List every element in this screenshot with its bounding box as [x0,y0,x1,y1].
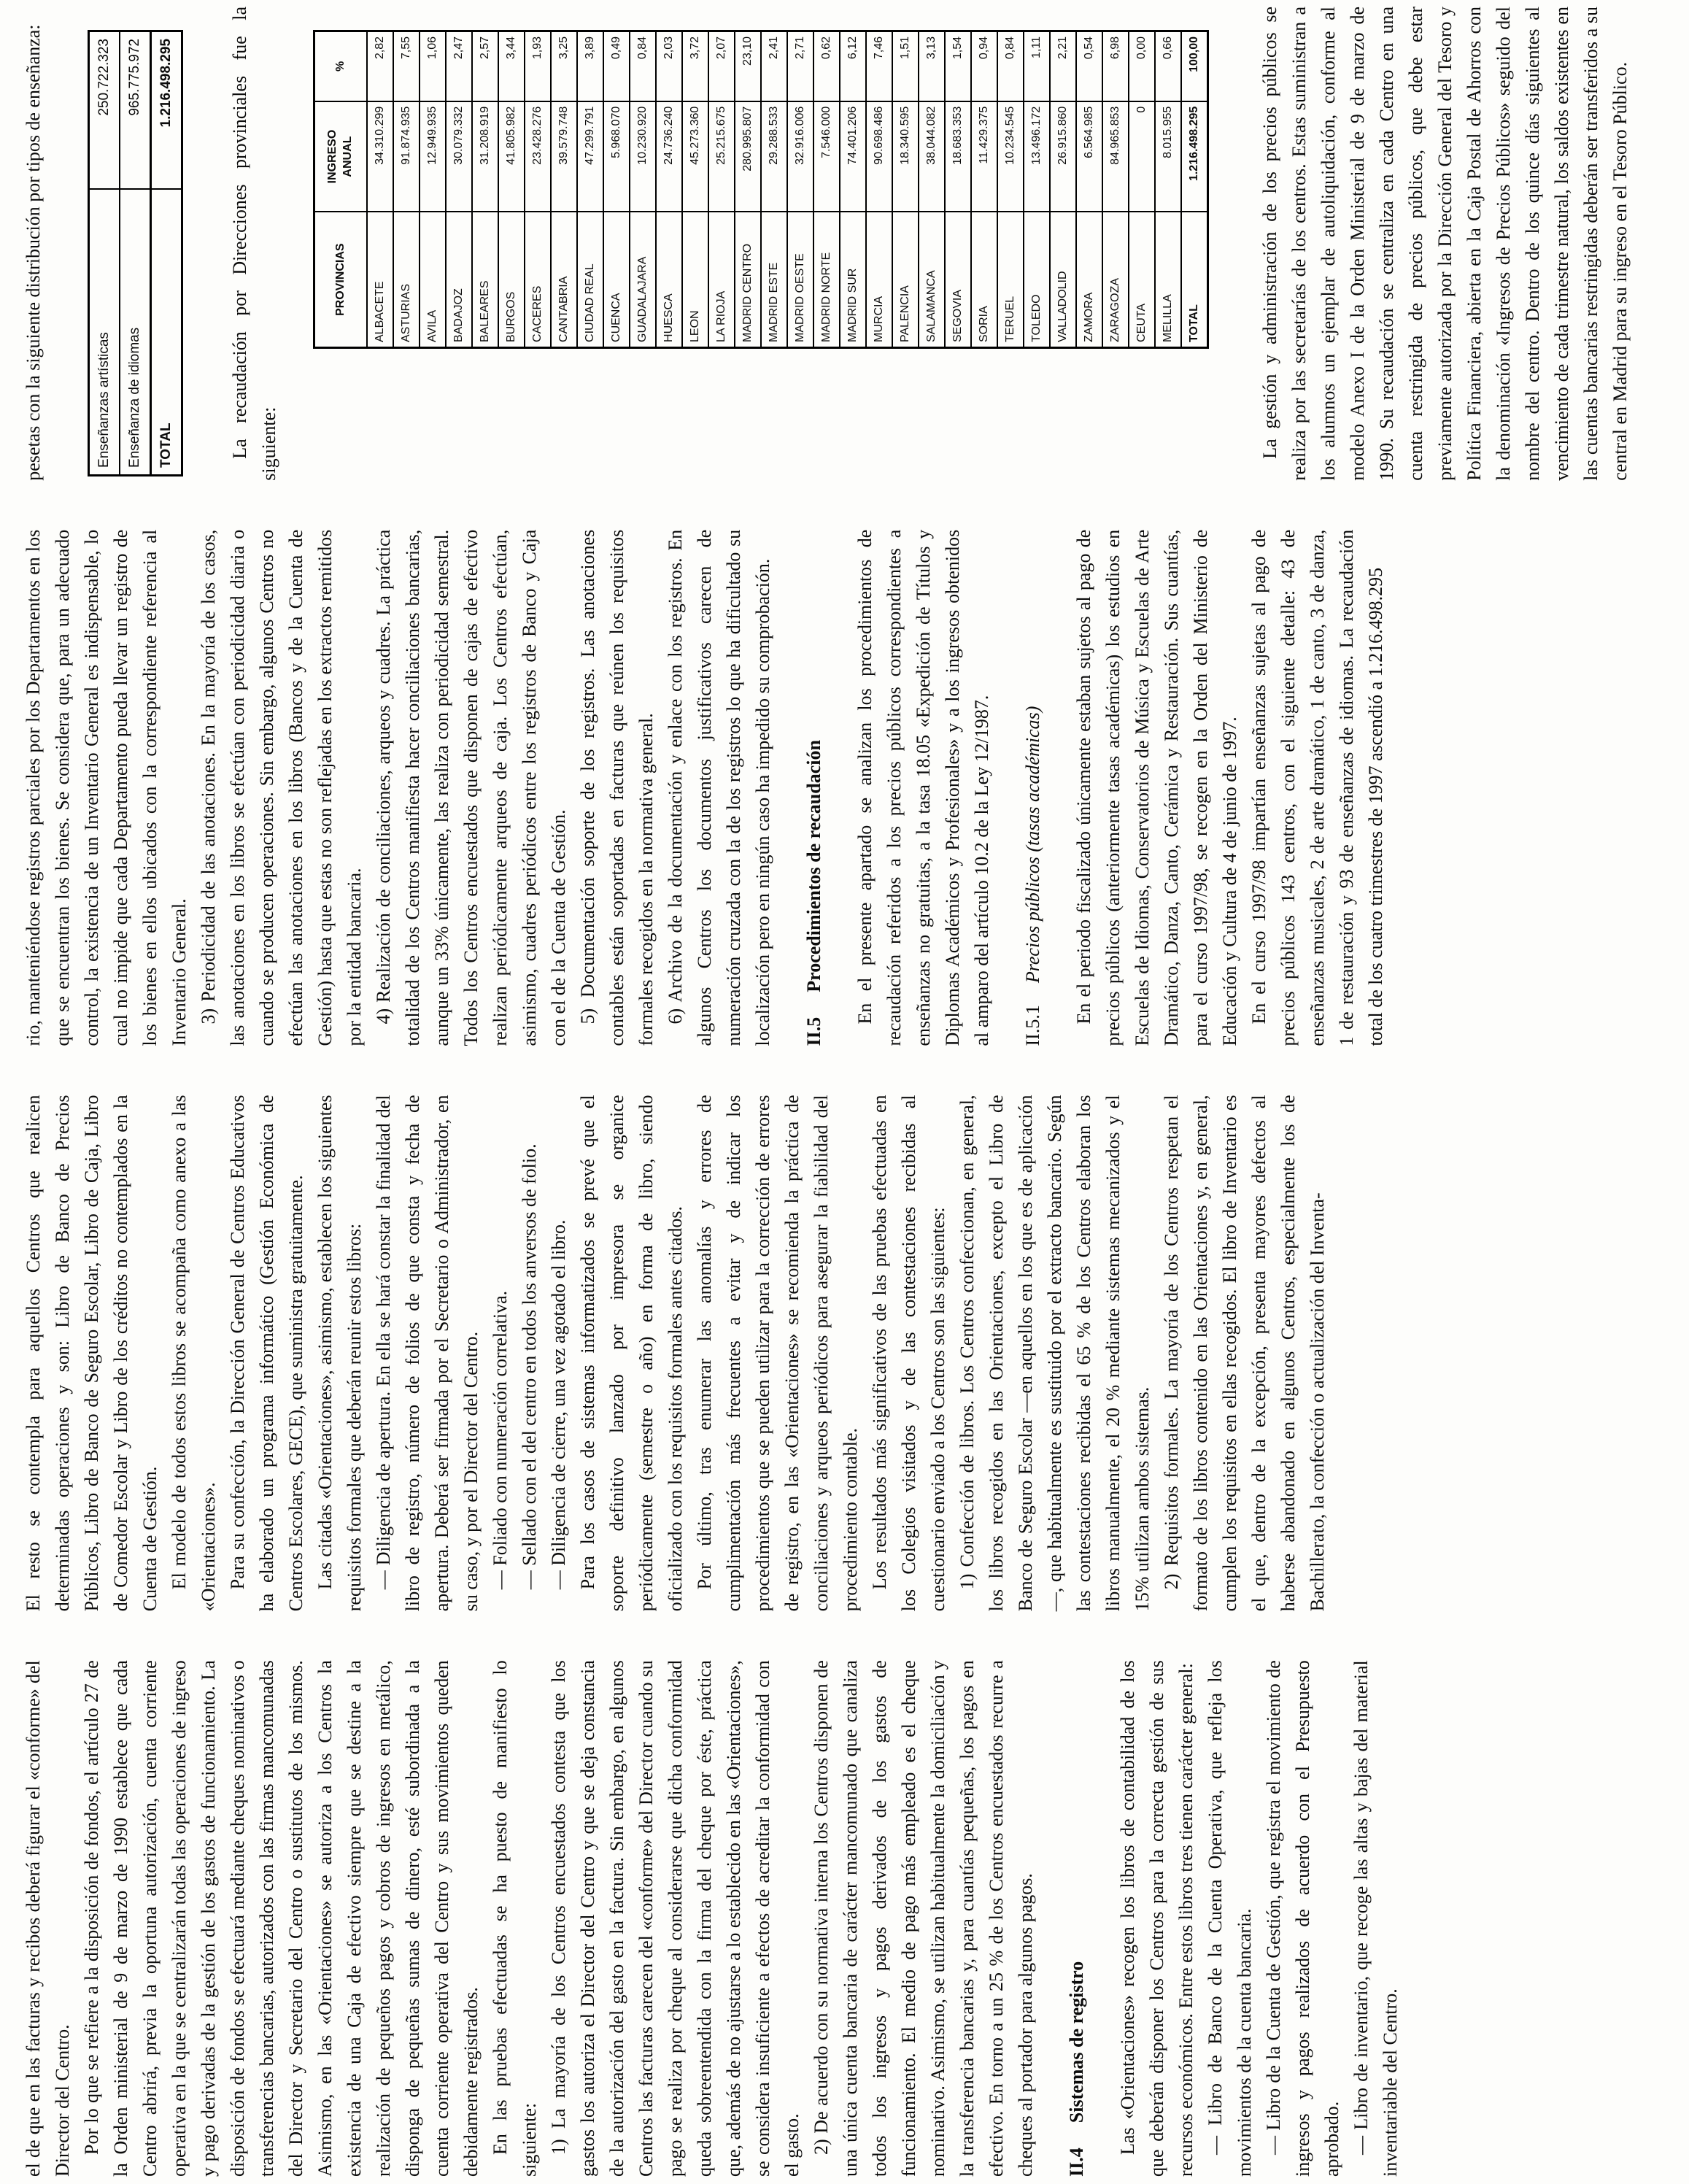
table-row: SEGOVIA 18.683.353 1,54 [945,31,971,347]
table-row: BURGOS 41.805.982 3,44 [498,31,525,347]
table-cell-pct: 3,72 [682,31,708,101]
text-columns: el de que en las facturas y recibos debe… [0,0,1635,2184]
table-cell-pct: 0,66 [1155,31,1181,101]
table-cell-ingreso: 34.310.299 [367,101,393,212]
table-cell-pct: 2,82 [367,31,393,101]
table-cell-province: LEON [682,212,708,347]
table-cell-label: Enseñanzas artísticas [89,189,120,476]
paragraph: Las «Orientaciones» recogen los libros d… [1113,1660,1201,2177]
paragraph: rio, manteniéndose registros parciales p… [19,530,194,1046]
table-cell-province: MURCIA [866,212,892,347]
table-row: CIUDAD REAL 47.299.791 3,89 [577,31,603,347]
table-cell-pct: 3,25 [551,31,577,101]
table-cell-ingreso: 32.916.006 [787,101,813,212]
table-cell-ingreso: 11.429.375 [971,101,997,212]
table-row: CACERES 23.428.276 1,93 [525,31,551,347]
table-cell-province: MADRID CENTRO [735,212,761,347]
table-cell-pct: 3,89 [577,31,603,101]
numbered-paragraph-5: 5) Documentación soporte de los registro… [573,530,661,1046]
table-cell-province: BURGOS [498,212,525,347]
section-title: Sistemas de registro [1066,1961,1087,2123]
table-row: ALBACETE 34.310.299 2,82 [367,31,393,347]
paragraph: La gestión y administración de los preci… [1256,7,1635,481]
dash-list-item: — Foliado con numeración correlativa. [486,1095,515,1612]
paragraph: Los resultados más significativos de las… [865,1095,953,1612]
numbered-paragraph-3: 3) Periodicidad de las anotaciones. En l… [194,530,369,1046]
table-row: MADRID SUR 74.401.206 6,12 [840,31,866,347]
page: el de que en las facturas y recibos debe… [0,0,1689,2184]
table-cell-province: HUESCA [656,212,682,347]
table-row: BADAJOZ 30.079.332 2,47 [446,31,472,347]
table-cell-total-pct: 100,00 [1181,31,1208,101]
table-cell-province: CACERES [525,212,551,347]
table-cell-pct: 3,44 [498,31,525,101]
table-cell-ingreso: 18.340.595 [892,101,919,212]
paragraph: En las pruebas efectuadas se ha puesto d… [486,1660,544,2177]
table-cell-province: SALAMANCA [919,212,945,347]
paragraph: En el presente apartado se analizan los … [851,530,997,1046]
table-cell-province: VALLADOLID [1050,212,1076,347]
dash-list-item: — Libro de la Cuenta de Gestión, que reg… [1259,1660,1347,2177]
table-cell-pct: 2,47 [446,31,472,101]
provincias-table-header: PROVINCIAS INGRESO ANUAL % [314,31,368,347]
table-cell-province: AVILA [420,212,446,347]
table-row: VALLADOLID 26.915.860 2,21 [1050,31,1076,347]
provincias-table-body: ALBACETE 34.310.299 2,82 ASTURIAS 91.874… [367,31,1181,347]
section-heading-ii5: II.5Procedimientos de recaudación [800,530,829,1046]
table-cell-ingreso: 90.698.486 [866,101,892,212]
table-cell-value: 250.722.323 [89,31,120,189]
table-cell-ingreso: 24.736.240 [656,101,682,212]
table-cell-province: MADRID ESTE [761,212,787,347]
table-row: MADRID ESTE 29.288.533 2,41 [761,31,787,347]
table-cell-ingreso: 41.805.982 [498,101,525,212]
paragraph: Las citadas «Orientaciones», asimismo, e… [311,1095,369,1612]
table-cell-label: Enseñanza de idiomas [120,189,151,476]
table-row: AVILA 12.949.935 1,06 [420,31,446,347]
section-number: II.5 [803,1017,824,1046]
table-cell-province: TERUEL [997,212,1024,347]
table-cell-pct: 2,57 [472,31,498,101]
table-cell-pct: 23,10 [735,31,761,101]
column-header-ingreso-anual: INGRESO ANUAL [314,101,368,212]
table-cell-province: BADAJOZ [446,212,472,347]
table-cell-ingreso: 7.546.000 [813,101,840,212]
table-cell-province: CUENCA [603,212,630,347]
table-cell-total-ingreso: 1.216.498.295 [1181,101,1208,212]
text-column-4: pesetas con la siguiente distribución po… [19,7,1635,481]
table-cell-pct: 7,55 [393,31,420,101]
text-column-1: el de que en las facturas y recibos debe… [19,1660,1635,2177]
table-row: CUENCA 5.968.070 0,49 [603,31,630,347]
table-cell-total-value: 1.216.498.295 [151,31,182,189]
table-total-row: TOTAL 1.216.498.295 100,00 [1181,31,1208,347]
table-cell-province: BALEARES [472,212,498,347]
section-number: II.4 [1066,2148,1087,2177]
numbered-paragraph-1: 1) La mayoría de los Centros encuestados… [544,1660,807,2177]
table-row: HUESCA 24.736.240 2,03 [656,31,682,347]
text-column-2: El resto se contempla para aquellos Cent… [19,1095,1635,1612]
table-cell-province: ZAMORA [1076,212,1102,347]
table-cell-ingreso: 6.564.985 [1076,101,1102,212]
table-header-row: PROVINCIAS INGRESO ANUAL % [314,31,368,347]
table-row: TOLEDO 13.496.172 1,11 [1024,31,1050,347]
table-cell-pct: 0,00 [1129,31,1155,101]
table-cell-province: MADRID NORTE [813,212,840,347]
table-cell-province: ZARAGOZA [1102,212,1129,347]
table-cell-ingreso: 13.496.172 [1024,101,1050,212]
table-cell-pct: 0,84 [997,31,1024,101]
table-cell-ingreso: 280.995.807 [735,101,761,212]
table-cell-province: GUADALAJARA [630,212,656,347]
dash-list-item: — Diligencia de cierre, una vez agotado … [544,1095,573,1612]
dash-list-item: — Libro de Banco de la Cuenta Operativa,… [1201,1660,1259,2177]
table-cell-ingreso: 12.949.935 [420,101,446,212]
table-cell-ingreso: 25.215.675 [708,101,735,212]
table-cell-ingreso: 30.079.332 [446,101,472,212]
table-row: BALEARES 31.208.919 2,57 [472,31,498,347]
table-cell-pct: 0,84 [630,31,656,101]
table-cell-pct: 7,46 [866,31,892,101]
table-total-row: TOTAL 1.216.498.295 [151,31,182,475]
table-cell-pct: 2,41 [761,31,787,101]
table-cell-ingreso: 38.044.082 [919,101,945,212]
subsection-number: II.5.1 [1022,1005,1043,1046]
table-cell-pct: 2,71 [787,31,813,101]
numbered-paragraph-6: 6) Archivo de la documentación y enlace … [661,530,778,1046]
table-cell-ingreso: 26.915.860 [1050,101,1076,212]
table-cell-ingreso: 0 [1129,101,1155,212]
paragraph: pesetas con la siguiente distribución po… [19,7,48,481]
table-row: PALENCIA 18.340.595 1,51 [892,31,919,347]
table-cell-ingreso: 18.683.353 [945,101,971,212]
ensenanzas-table: Enseñanzas artísticas 250.722.323 Enseña… [88,30,183,476]
subsection-title: Precios públicos (tasas académicas) [1022,706,1043,984]
column-header-provincias: PROVINCIAS [314,212,368,347]
table-row: LA RIOJA 25.215.675 2,07 [708,31,735,347]
table-row: SORIA 11.429.375 0,94 [971,31,997,347]
table-cell-ingreso: 84.965.853 [1102,101,1129,212]
text-column-3: rio, manteniéndose registros parciales p… [19,530,1635,1046]
table-cell-ingreso: 23.428.276 [525,101,551,212]
section-heading-ii4: II.4Sistemas de registro [1062,1660,1091,2177]
table-cell-ingreso: 47.299.791 [577,101,603,212]
paragraph: Por último, tras enumerar las anomalías … [690,1095,865,1612]
table-row: MURCIA 90.698.486 7,46 [866,31,892,347]
table-cell-pct: 3,13 [919,31,945,101]
table-cell-ingreso: 10.234.545 [997,101,1024,212]
paragraph: Por lo que se refiere a la disposición d… [77,1660,486,2177]
table-row: ZARAGOZA 84.965.853 6,98 [1102,31,1129,347]
table-cell-total-label: TOTAL [151,189,182,476]
table-cell-pct: 1,51 [892,31,919,101]
table-cell-ingreso: 5.968.070 [603,101,630,212]
table-cell-pct: 2,03 [656,31,682,101]
table-cell-province: CANTABRIA [551,212,577,347]
paragraph: El modelo de todos estos libros se acomp… [165,1095,223,1612]
table-cell-province: PALENCIA [892,212,919,347]
paragraph: En el periodo fiscalizado únicamente est… [1070,530,1245,1046]
table-row: Enseñanza de idiomas 965.775.972 [120,31,151,475]
paragraph: En el curso 1997/98 impartían enseñanzas… [1245,530,1391,1046]
table-cell-pct: 6,12 [840,31,866,101]
table-cell-pct: 0,54 [1076,31,1102,101]
table-cell-province: ASTURIAS [393,212,420,347]
table-cell-province: CIUDAD REAL [577,212,603,347]
paragraph: el de que en las facturas y recibos debe… [19,1660,77,2177]
table-cell-pct: 2,21 [1050,31,1076,101]
table-cell-ingreso: 8.015.955 [1155,101,1181,212]
table-cell-value: 965.775.972 [120,31,151,189]
table-cell-province: ALBACETE [367,212,393,347]
dash-list-item: — Sellado con el del centro en todos los… [515,1095,544,1612]
numbered-paragraph-2: 2) Requisitos formales. La mayoría de lo… [1157,1095,1332,1612]
dash-list-item: — Libro de inventario, que recoge las al… [1347,1660,1405,2177]
table-cell-pct: 1,54 [945,31,971,101]
table-cell-ingreso: 45.273.360 [682,101,708,212]
table-cell-ingreso: 74.401.206 [840,101,866,212]
table-cell-pct: 0,94 [971,31,997,101]
table-row: GUADALAJARA 10.230.920 0,84 [630,31,656,347]
table-cell-ingreso: 31.208.919 [472,101,498,212]
paragraph: Para su confección, la Dirección General… [223,1095,311,1612]
table-row: MADRID CENTRO 280.995.807 23,10 [735,31,761,347]
paragraph: Para los casos de sistemas informatizado… [573,1095,690,1612]
table-row: LEON 45.273.360 3,72 [682,31,708,347]
table-cell-province: SORIA [971,212,997,347]
table-row: ASTURIAS 91.874.935 7,55 [393,31,420,347]
ensenanzas-table-body: Enseñanzas artísticas 250.722.323 Enseña… [89,31,182,475]
table-row: MELILLA 8.015.955 0,66 [1155,31,1181,347]
table-cell-province: MADRID OESTE [787,212,813,347]
section-title: Procedimientos de recaudación [803,740,824,992]
column-header-pct: % [314,31,368,101]
table-row: MADRID NORTE 7.546.000 0,62 [813,31,840,347]
table-cell-pct: 1,11 [1024,31,1050,101]
table-cell-pct: 1,06 [420,31,446,101]
table-cell-province: SEGOVIA [945,212,971,347]
table-cell-province: MELILLA [1155,212,1181,347]
table-cell-province: LA RIOJA [708,212,735,347]
numbered-paragraph-2: 2) De acuerdo con su normativa interna l… [807,1660,1040,2177]
provincias-table-footer: TOTAL 1.216.498.295 100,00 [1181,31,1208,347]
provincias-table: PROVINCIAS INGRESO ANUAL % ALBACETE 34.3… [313,30,1209,349]
table-cell-ingreso: 29.288.533 [761,101,787,212]
table-row: CANTABRIA 39.579.748 3,25 [551,31,577,347]
table-row: Enseñanzas artísticas 250.722.323 [89,31,120,475]
numbered-paragraph-1: 1) Confección de libros. Los Centros con… [953,1095,1157,1612]
numbered-paragraph-4: 4) Realización de conciliaciones, arqueo… [369,530,573,1046]
table-row: TERUEL 10.234.545 0,84 [997,31,1024,347]
table-cell-pct: 0,49 [603,31,630,101]
table-row: MADRID OESTE 32.916.006 2,71 [787,31,813,347]
paragraph: La recaudación por Direcciones provincia… [225,7,284,481]
document-scan: el de que en las facturas y recibos debe… [0,0,1689,2184]
table-cell-pct: 1,93 [525,31,551,101]
paragraph: El resto se contempla para aquellos Cent… [19,1095,165,1612]
table-cell-ingreso: 91.874.935 [393,101,420,212]
table-cell-province: TOLEDO [1024,212,1050,347]
table-row: ZAMORA 6.564.985 0,54 [1076,31,1102,347]
subsection-heading-ii51: II.5.1Precios públicos (tasas académicas… [1019,530,1048,1046]
table-cell-pct: 0,62 [813,31,840,101]
table-row: SALAMANCA 38.044.082 3,13 [919,31,945,347]
dash-list-item: — Diligencia de apertura. En ella se har… [369,1095,486,1612]
table-cell-ingreso: 10.230.920 [630,101,656,212]
table-cell-ingreso: 39.579.748 [551,101,577,212]
table-cell-pct: 6,98 [1102,31,1129,101]
table-cell-pct: 2,07 [708,31,735,101]
table-row: CEUTA 0 0,00 [1129,31,1155,347]
table-cell-total-label: TOTAL [1181,212,1208,347]
table-cell-province: CEUTA [1129,212,1155,347]
table-cell-province: MADRID SUR [840,212,866,347]
